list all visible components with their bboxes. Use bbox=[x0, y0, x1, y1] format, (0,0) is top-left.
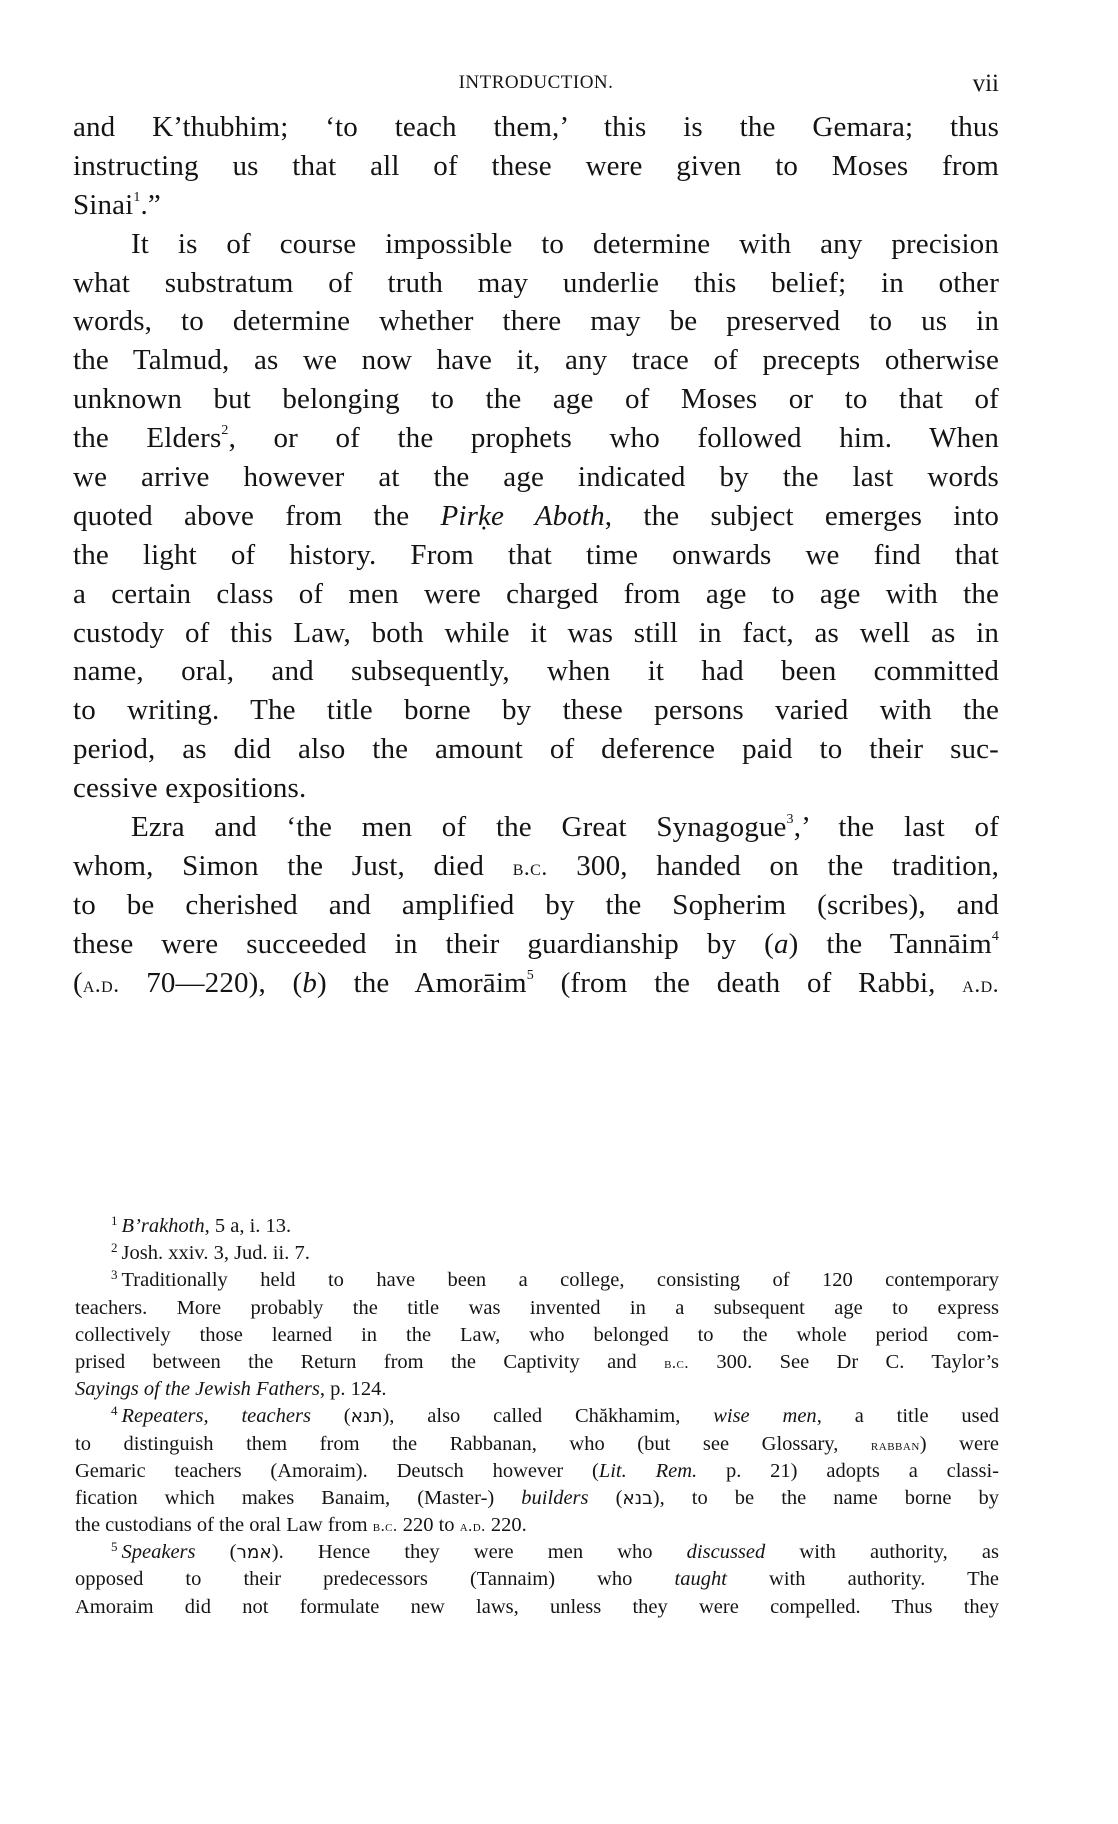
text-line: the Talmud, as we now have it, any trace… bbox=[73, 341, 999, 380]
page-number: vii bbox=[973, 70, 999, 98]
enum-letter: b bbox=[302, 967, 317, 999]
text-run: Gemaric teachers (Amoraim). Deutsch howe… bbox=[75, 1460, 599, 1482]
text-run: Repeaters, teachers bbox=[122, 1405, 311, 1427]
text-run: 70—220), ( bbox=[120, 967, 303, 999]
text-line: and K’thubhim; ‘to teach them,’ this is … bbox=[73, 108, 999, 147]
text-run: , or of the prophets who followed him. W… bbox=[229, 422, 999, 454]
text-line: quoted above from the Pirḳe Aboth, the s… bbox=[73, 497, 999, 536]
text-run: teachers. More probably the title was in… bbox=[75, 1297, 999, 1319]
text-run: ), to be the name borne by bbox=[653, 1487, 999, 1509]
footnote-ref-3[interactable]: 3 bbox=[787, 812, 794, 827]
text-run: to be cherished and amplified by the Sop… bbox=[73, 889, 999, 921]
era-abbrev: b.c. bbox=[664, 1353, 689, 1372]
book-title-pirke-aboth: Pirḳe Aboth bbox=[441, 500, 605, 532]
text-run: ( bbox=[311, 1405, 351, 1427]
footnote-line: fication which makes Banaim, (Master-) b… bbox=[75, 1485, 999, 1512]
text-run: It is of course impossible to determine … bbox=[131, 228, 999, 260]
footnote-3: 3Traditionally held to have been a colle… bbox=[75, 1267, 999, 1403]
text-line: the Elders2, or of the prophets who foll… bbox=[73, 419, 999, 458]
text-run: collectively those learned in the Law, w… bbox=[75, 1324, 999, 1346]
text-line: we arrive however at the age indicated b… bbox=[73, 458, 999, 497]
footnote-ref-4[interactable]: 4 bbox=[992, 929, 999, 944]
text-run: unknown but belonging to the age of Mose… bbox=[73, 383, 999, 415]
text-run: name, oral, and subsequently, when it ha… bbox=[73, 655, 999, 687]
text-run: Speakers bbox=[122, 1541, 196, 1563]
running-title: INTRODUCTION. bbox=[73, 72, 999, 94]
book-title: Lit. Rem. bbox=[599, 1460, 697, 1482]
text-line: custody of this Law, both while it was s… bbox=[73, 614, 999, 653]
footnote-line: 1B’rakhoth, 5 a, i. 13. bbox=[75, 1213, 999, 1240]
text-run: ) were bbox=[920, 1433, 999, 1455]
footnote-ref-1[interactable]: 1 bbox=[133, 190, 140, 205]
footnote-number: 3 bbox=[111, 1267, 118, 1282]
footnote-line: collectively those learned in the Law, w… bbox=[75, 1322, 999, 1349]
hebrew-word: בנא bbox=[622, 1488, 652, 1509]
era-abbrev: b.c. bbox=[373, 1516, 398, 1535]
main-text: and K’thubhim; ‘to teach them,’ this is … bbox=[73, 108, 999, 1002]
footnotes: 1B’rakhoth, 5 a, i. 13. 2Josh. xxiv. 3, … bbox=[75, 1213, 999, 1621]
footnote-line: the custodians of the oral Law from b.c.… bbox=[75, 1512, 999, 1539]
text-run: and K’thubhim; ‘to teach them,’ this is … bbox=[73, 111, 999, 143]
text-run: prised between the Return from the Capti… bbox=[75, 1351, 664, 1373]
book-title: Sayings of the Jewish Fathers bbox=[75, 1378, 320, 1400]
footnote-1: 1B’rakhoth, 5 a, i. 13. bbox=[75, 1213, 999, 1240]
footnote-line: Gemaric teachers (Amoraim). Deutsch howe… bbox=[75, 1458, 999, 1485]
footnote-4: 4Repeaters, teachers (תנא), also called … bbox=[75, 1403, 999, 1539]
footnote-2: 2Josh. xxiv. 3, Jud. ii. 7. bbox=[75, 1240, 999, 1267]
enum-letter: a bbox=[774, 928, 789, 960]
text-line: what substratum of truth may underlie th… bbox=[73, 264, 999, 303]
running-head: INTRODUCTION. vii bbox=[73, 70, 999, 100]
era-abbrev: b.c. bbox=[513, 855, 548, 881]
text-run: Sinai bbox=[73, 189, 133, 221]
text-run: .” bbox=[141, 189, 161, 221]
text-line: the light of history. From that time onw… bbox=[73, 536, 999, 575]
text-run: 300, handed on the tradition, bbox=[548, 850, 999, 882]
text-run: ). Hence they were men who bbox=[272, 1541, 687, 1563]
paragraph-continuation: and K’thubhim; ‘to teach them,’ this is … bbox=[73, 108, 999, 225]
footnote-line: Amoraim did not formulate new laws, unle… bbox=[75, 1594, 999, 1621]
footnote-line: 4Repeaters, teachers (תנא), also called … bbox=[75, 1403, 999, 1430]
text-run: discussed bbox=[687, 1541, 766, 1563]
text-run: ( bbox=[73, 967, 83, 999]
glossary-term: rabban bbox=[871, 1435, 920, 1454]
text-run: fication which makes Banaim, (Master-) bbox=[75, 1487, 521, 1509]
text-line: Ezra and ‘the men of the Great Synagogue… bbox=[73, 808, 999, 847]
text-run: ) the Tannāim bbox=[789, 928, 992, 960]
footnote-line: to distinguish them from the Rabbanan, w… bbox=[75, 1431, 999, 1458]
text-line: whom, Simon the Just, died b.c. 300, han… bbox=[73, 847, 999, 886]
text-run: p. 21) adopts a classi- bbox=[697, 1460, 999, 1482]
text-run: B’rakhoth bbox=[122, 1215, 205, 1237]
text-line: Sinai1.” bbox=[73, 186, 999, 225]
text-run: ) the Amorāim bbox=[317, 967, 527, 999]
text-line: instructing us that all of these were gi… bbox=[73, 147, 999, 186]
text-run: Traditionally held to have been a colleg… bbox=[122, 1269, 1000, 1291]
footnote-number: 4 bbox=[111, 1403, 118, 1418]
text-run: ,’ the last of bbox=[794, 811, 999, 843]
footnote-line: 3Traditionally held to have been a colle… bbox=[75, 1267, 999, 1294]
text-run: 220 to bbox=[398, 1514, 460, 1536]
text-run: instructing us that all of these were gi… bbox=[73, 150, 999, 182]
text-run: , 5 a, i. 13. bbox=[205, 1215, 292, 1237]
text-run: words, to determine whether there may be… bbox=[73, 305, 999, 337]
text-run: to distinguish them from the Rabbanan, w… bbox=[75, 1433, 871, 1455]
footnote-line: prised between the Return from the Capti… bbox=[75, 1349, 999, 1376]
text-line: period, as did also the amount of defere… bbox=[73, 730, 999, 769]
text-line: to be cherished and amplified by the Sop… bbox=[73, 886, 999, 925]
text-run: ( bbox=[196, 1541, 237, 1563]
text-run: the custodians of the oral Law from bbox=[75, 1514, 373, 1536]
text-run: opposed to their predecessors (Tannaim) … bbox=[75, 1568, 675, 1590]
text-line: cessive expositions. bbox=[73, 769, 999, 808]
text-run: wise men bbox=[713, 1405, 816, 1427]
text-run: we arrive however at the age indicated b… bbox=[73, 461, 999, 493]
text-run: taught bbox=[675, 1568, 727, 1590]
text-line: (a.d. 70—220), (b) the Amorāim5 (from th… bbox=[73, 964, 999, 1003]
footnote-line: 2Josh. xxiv. 3, Jud. ii. 7. bbox=[75, 1240, 999, 1267]
hebrew-word: אמר bbox=[237, 1542, 272, 1563]
text-line: name, oral, and subsequently, when it ha… bbox=[73, 652, 999, 691]
paragraph-great-synagogue: Ezra and ‘the men of the Great Synagogue… bbox=[73, 808, 999, 1002]
text-run: the Talmud, as we now have it, any trace… bbox=[73, 344, 999, 376]
footnote-5: 5Speakers (אמר). Hence they were men who… bbox=[75, 1539, 999, 1621]
text-run: cessive expositions. bbox=[73, 772, 306, 804]
text-line: It is of course impossible to determine … bbox=[73, 225, 999, 264]
footnote-number: 1 bbox=[111, 1213, 118, 1228]
text-run: Amoraim did not formulate new laws, unle… bbox=[75, 1596, 999, 1618]
era-abbrev: a.d. bbox=[962, 972, 999, 998]
text-run: a certain class of men were charged from… bbox=[73, 578, 999, 610]
footnote-line: opposed to their predecessors (Tannaim) … bbox=[75, 1566, 999, 1593]
text-run: to writing. The title borne by these per… bbox=[73, 694, 999, 726]
text-run: quoted above from the bbox=[73, 500, 441, 532]
text-run: ( bbox=[589, 1487, 623, 1509]
text-run: 220. bbox=[486, 1514, 527, 1536]
text-run: , the subject emerges into bbox=[605, 500, 999, 532]
text-run: ), also called Chăkhamim, bbox=[382, 1405, 713, 1427]
footnote-line: teachers. More probably the title was in… bbox=[75, 1295, 999, 1322]
text-run: , a title used bbox=[817, 1405, 999, 1427]
text-run: the light of history. From that time onw… bbox=[73, 539, 999, 571]
text-run: custody of this Law, both while it was s… bbox=[73, 617, 999, 649]
text-line: to writing. The title borne by these per… bbox=[73, 691, 999, 730]
hebrew-word: תנא bbox=[351, 1406, 383, 1427]
text-run: Ezra and ‘the men of the Great Synagogue bbox=[131, 811, 787, 843]
footnote-ref-2[interactable]: 2 bbox=[221, 423, 228, 438]
footnote-line: 5Speakers (אמר). Hence they were men who… bbox=[75, 1539, 999, 1566]
footnote-number: 2 bbox=[111, 1240, 118, 1255]
text-line: these were succeeded in their guardiansh… bbox=[73, 925, 999, 964]
text-run: the Elders bbox=[73, 422, 221, 454]
text-run: what substratum of truth may underlie th… bbox=[73, 267, 999, 299]
text-run: 300. See Dr C. Taylor’s bbox=[689, 1351, 999, 1373]
text-run: whom, Simon the Just, died bbox=[73, 850, 513, 882]
text-run: with authority. The bbox=[727, 1568, 999, 1590]
footnote-number: 5 bbox=[111, 1539, 118, 1554]
paragraph-precision: It is of course impossible to determine … bbox=[73, 225, 999, 808]
text-line: words, to determine whether there may be… bbox=[73, 302, 999, 341]
text-run: with authority, as bbox=[765, 1541, 999, 1563]
text-run: , p. 124. bbox=[320, 1378, 387, 1400]
text-run: (from the death of Rabbi, bbox=[534, 967, 962, 999]
text-run: these were succeeded in their guardiansh… bbox=[73, 928, 774, 960]
text-line: unknown but belonging to the age of Mose… bbox=[73, 380, 999, 419]
footnote-ref-5[interactable]: 5 bbox=[527, 968, 534, 983]
footnote-line: Sayings of the Jewish Fathers, p. 124. bbox=[75, 1376, 999, 1403]
era-abbrev: a.d. bbox=[460, 1516, 486, 1535]
text-run: builders bbox=[521, 1487, 588, 1509]
text-run: period, as did also the amount of defere… bbox=[73, 733, 999, 765]
era-abbrev: a.d. bbox=[83, 972, 120, 998]
text-line: a certain class of men were charged from… bbox=[73, 575, 999, 614]
text-run: Josh. xxiv. 3, Jud. ii. 7. bbox=[122, 1242, 310, 1264]
